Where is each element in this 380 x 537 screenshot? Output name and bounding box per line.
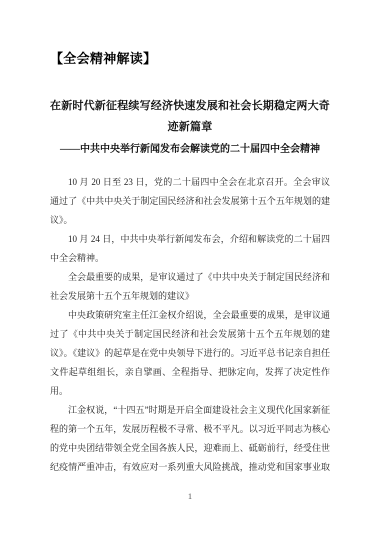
document-subtitle: ——中共中央举行新闻发布会解读党的二十届四中全会精神 — [50, 141, 330, 159]
body-paragraph: 全会最重要的成果，是审议通过了《中共中央关于制定国民经济和社会发展第十五个五年规… — [50, 268, 330, 306]
document-title: 在新时代新征程续写经济快速发展和社会长期稳定两大奇迹新篇章 — [50, 96, 330, 138]
body-paragraph: 10 月 24 日，中共中央举行新闻发布会，介绍和解读党的二十届四中全会精神。 — [50, 230, 330, 268]
section-label: 【全会精神解读】 — [50, 50, 330, 68]
document-page: 【全会精神解读】 在新时代新征程续写经济快速发展和社会长期稳定两大奇迹新篇章 —… — [0, 0, 380, 537]
document-body: 10 月 20 日至 23 日，党的二十届四中全会在北京召开。全会审议通过了《中… — [50, 173, 330, 477]
body-paragraph: 江金权说，“十四五”时期是开启全面建设社会主义现代化国家新征程的第一个五年，发展… — [50, 401, 330, 477]
page-number: 1 — [0, 491, 380, 501]
body-paragraph: 10 月 20 日至 23 日，党的二十届四中全会在北京召开。全会审议通过了《中… — [50, 173, 330, 230]
body-paragraph: 中央政策研究室主任江金权介绍说，全会最重要的成果，是审议通过了《中共中央关于制定… — [50, 306, 330, 401]
